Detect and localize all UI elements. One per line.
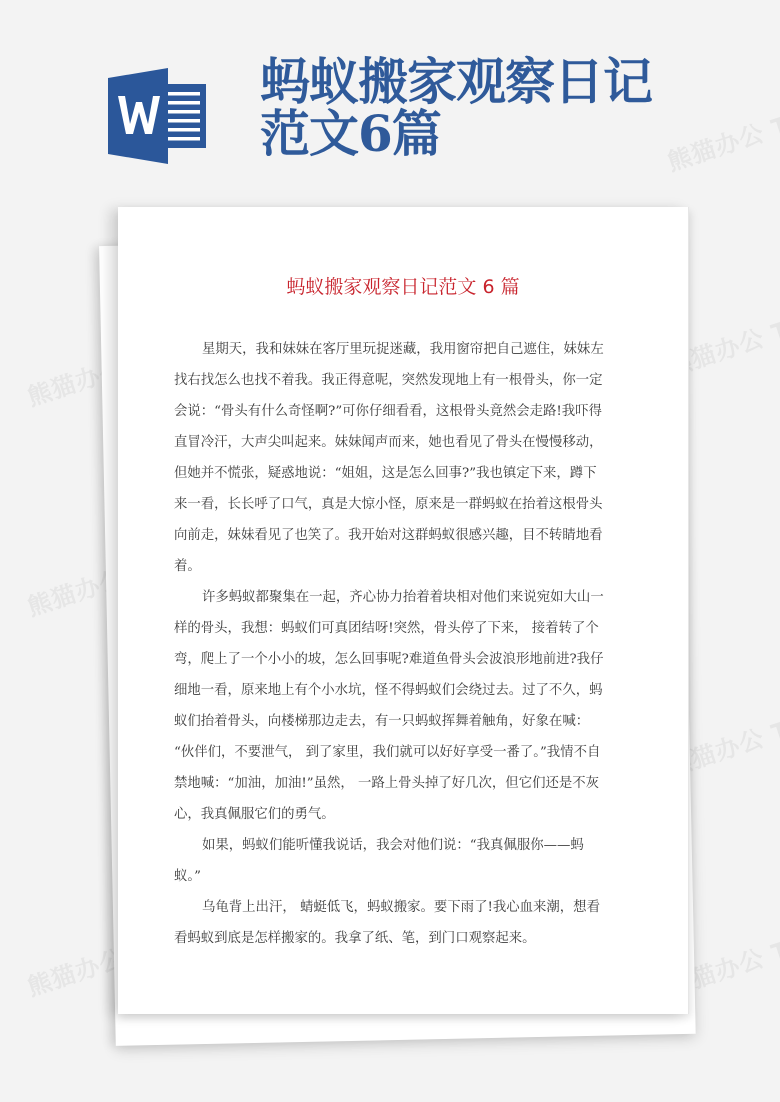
text-line: 如果，蚂蚁们能听懂我说话，我会对他们说：“我真佩服你——蚂: [174, 830, 634, 861]
text-line: 样的骨头，我想：蚂蚁们可真团结呀!突然，骨头停了下来， 接着转了个: [174, 613, 634, 644]
text-line: 许多蚂蚁都聚集在一起，齐心协力抬着着块相对他们来说宛如大山一: [174, 582, 634, 613]
header: 蚂蚁搬家观察日记 范文6篇: [0, 0, 780, 200]
text-line: 蚁。”: [174, 861, 634, 892]
text-line: 但她并不慌张，疑惑地说：“姐姐，这是怎么回事?”我也镇定下来，蹲下: [174, 458, 634, 489]
text-line: 星期天，我和妹妹在客厅里玩捉迷藏，我用窗帘把自己遮住，妹妹左: [174, 334, 634, 365]
text-line: 弯，爬上了一个小小的坡，怎么回事呢?难道鱼骨头会波浪形地前进?我仔: [174, 644, 634, 675]
page-heading-line-1: 蚂蚁搬家观察日记: [260, 56, 730, 108]
document-body: 星期天，我和妹妹在客厅里玩捉迷藏，我用窗帘把自己遮住，妹妹左 找右找怎么也找不着…: [174, 334, 634, 954]
text-line: 蚁们抬着骨头，向楼梯那边走去，有一只蚂蚁挥舞着触角，好象在喊：: [174, 706, 634, 737]
text-line: 向前走，妹妹看见了也笑了。我开始对这群蚂蚁很感兴趣，目不转睛地看: [174, 520, 634, 551]
document-page: 蚂蚁搬家观察日记范文 6 篇 星期天，我和妹妹在客厅里玩捉迷藏，我用窗帘把自己遮…: [118, 207, 689, 1014]
text-line: 禁地喊：“加油，加油!”虽然， 一路上骨头掉了好几次，但它们还是不灰: [174, 768, 634, 799]
word-document-icon: [108, 68, 208, 164]
text-line: 来一看，长长呼了口气，真是大惊小怪，原来是一群蚂蚁在抬着这根骨头: [174, 489, 634, 520]
text-line: 找右找怎么也找不着我。我正得意呢，突然发现地上有一根骨头，你一定: [174, 365, 634, 396]
text-line: 心，我真佩服它们的勇气。: [174, 799, 634, 830]
page-heading-line-2: 范文6篇: [260, 108, 730, 160]
text-line: 会说：“骨头有什么奇怪啊?”可你仔细看看，这根骨头竟然会走路!我吓得: [174, 396, 634, 427]
page-heading: 蚂蚁搬家观察日记 范文6篇: [260, 56, 730, 160]
text-line: 看蚂蚁到底是怎样搬家的。我拿了纸、笔，到门口观察起来。: [174, 923, 634, 954]
text-line: 细地一看，原来地上有个小水坑，怪不得蚂蚁们会绕过去。过了不久，蚂: [174, 675, 634, 706]
text-line: “伙伴们，不要泄气， 到了家里，我们就可以好好享受一番了。”我情不自: [174, 737, 634, 768]
document-title: 蚂蚁搬家观察日记范文 6 篇: [118, 275, 688, 299]
text-line: 乌龟背上出汗， 蜻蜓低飞，蚂蚁搬家。要下雨了!我心血来潮，想看: [174, 892, 634, 923]
text-line: 着。: [174, 551, 634, 582]
text-line: 直冒冷汗，大声尖叫起来。妹妹闻声而来，她也看见了骨头在慢慢移动，: [174, 427, 634, 458]
